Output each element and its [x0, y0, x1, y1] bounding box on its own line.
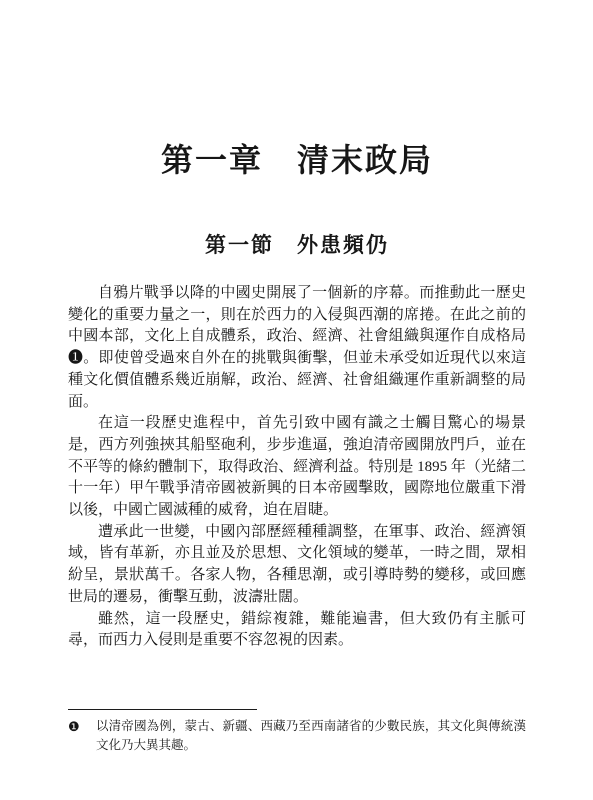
footnote-marker: ❶ [68, 717, 96, 737]
section-title: 第一節 外患頻仍 [68, 232, 526, 258]
book-page: 第一章 清末政局 第一節 外患頻仍 自鴉片戰爭以降的中國史開展了一個新的序幕。而… [0, 0, 593, 800]
paragraph-4: 雖然，這一段歷史，錯綜複雜，難能遍書，但大致仍有主脈可尋，而西力入侵則是重要不容… [68, 609, 526, 652]
paragraph-2: 在這一段歷史進程中，首先引致中國有識之士觸目驚心的場景是，西方列強挾其船堅砲利，… [68, 413, 526, 522]
footnote-text: 以清帝國為例，蒙古、新疆、西藏乃至西南諸省的少數民族，其文化與傳統漢文化乃大異其… [96, 717, 526, 756]
footnote: ❶ 以清帝國為例，蒙古、新疆、西藏乃至西南諸省的少數民族，其文化與傳統漢文化乃大… [68, 717, 526, 756]
footnote-separator [68, 709, 257, 710]
paragraph-1: 自鴉片戰爭以降的中國史開展了一個新的序幕。而推動此一歷史變化的重要力量之一，則在… [68, 283, 526, 413]
body-text: 自鴉片戰爭以降的中國史開展了一個新的序幕。而推動此一歷史變化的重要力量之一，則在… [68, 283, 526, 652]
paragraph-3: 遭承此一世變，中國內部歷經種種調整，在軍事、政治、經濟領域，皆有革新，亦且並及於… [68, 522, 526, 609]
chapter-title: 第一章 清末政局 [68, 140, 526, 180]
footnote-area: ❶ 以清帝國為例，蒙古、新疆、西藏乃至西南諸省的少數民族，其文化與傳統漢文化乃大… [68, 709, 526, 756]
